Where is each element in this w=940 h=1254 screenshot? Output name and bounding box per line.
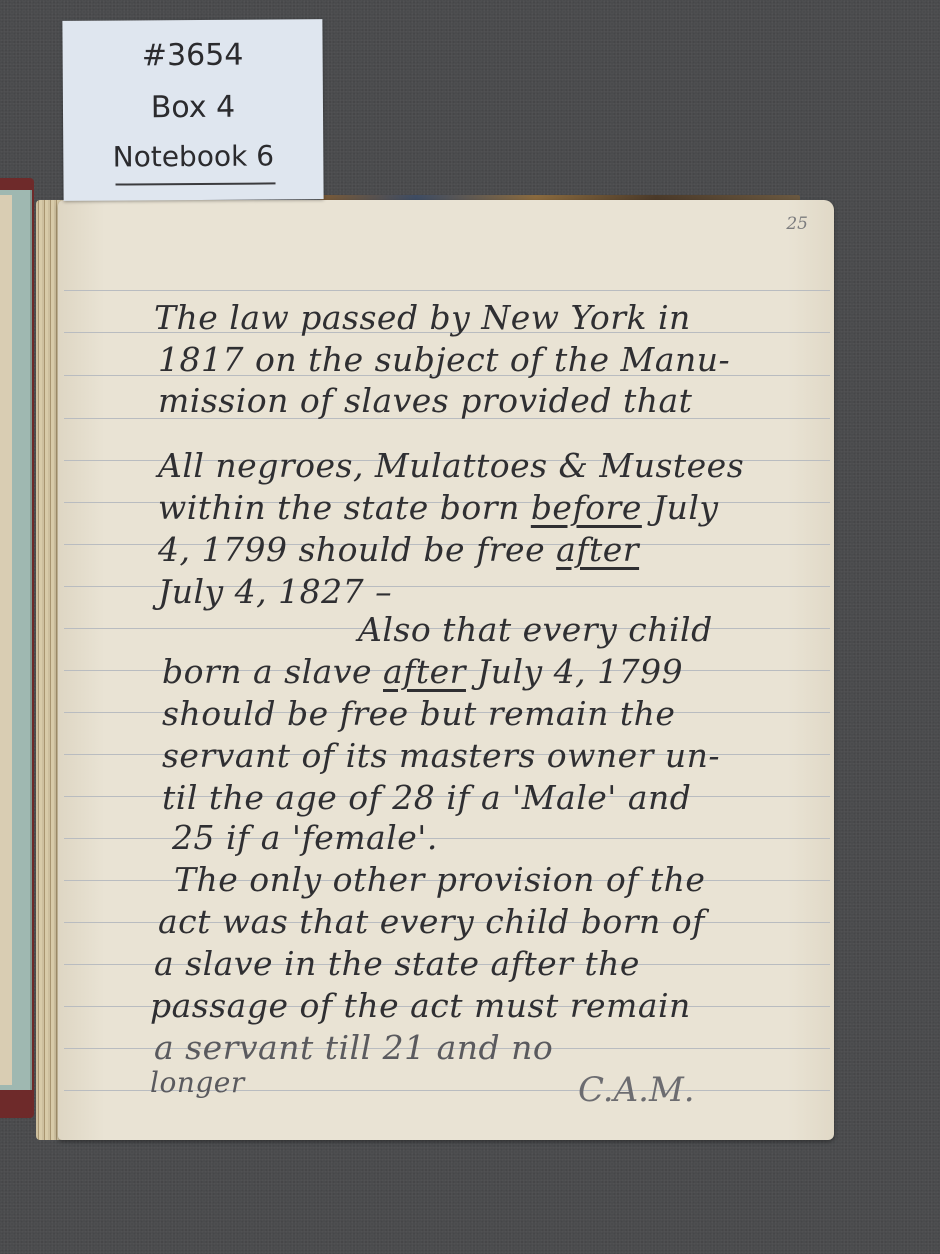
- handwritten-line: Also that every child: [358, 610, 713, 649]
- handwritten-line: July 4, 1827 –: [158, 572, 392, 611]
- handwritten-line: mission of slaves provided that: [158, 381, 692, 420]
- left-page-strip: [0, 195, 12, 1085]
- handwritten-line: should be free but remain the: [162, 694, 675, 733]
- notebook-number: Notebook 6: [63, 139, 323, 174]
- handwritten-line: a slave in the state after the: [154, 944, 640, 983]
- handwritten-line: 4, 1799 should be free after: [158, 530, 639, 569]
- accession-number: #3654: [63, 37, 323, 74]
- handwritten-line: passage of the act must remain: [150, 986, 691, 1025]
- page-number: 25: [786, 214, 808, 234]
- handwritten-line: 25 if a 'female'.: [172, 818, 438, 857]
- handwritten-line: servant of its masters owner un-: [162, 736, 720, 775]
- author-initials-signature: C.A.M.: [578, 1070, 695, 1110]
- handwritten-line: within the state born before July: [158, 488, 719, 527]
- handwritten-line: The law passed by New York in: [154, 298, 691, 337]
- underlined-word: after: [556, 530, 639, 569]
- handwritten-line: a servant till 21 and no: [154, 1028, 553, 1067]
- box-number: Box 4: [63, 89, 323, 126]
- handwritten-line: born a slave after July 4, 1799: [162, 652, 683, 691]
- handwritten-line: longer: [150, 1066, 245, 1099]
- handwritten-line: All negroes, Mulattoes & Mustees: [158, 446, 744, 485]
- handwritten-line: act was that every child born of: [158, 902, 705, 941]
- label-underline: [116, 182, 276, 185]
- notebook-page: 25 The law passed by New York in 1817 on…: [58, 200, 834, 1140]
- underlined-word: after: [383, 652, 466, 691]
- ruled-line: [64, 290, 830, 291]
- underlined-word: before: [531, 488, 642, 527]
- handwritten-line: til the age of 28 if a 'Male' and: [162, 778, 691, 817]
- archive-label-card: #3654 Box 4 Notebook 6: [62, 19, 323, 201]
- handwritten-line: 1817 on the subject of the Manu-: [158, 340, 730, 379]
- handwritten-line: The only other provision of the: [174, 860, 705, 899]
